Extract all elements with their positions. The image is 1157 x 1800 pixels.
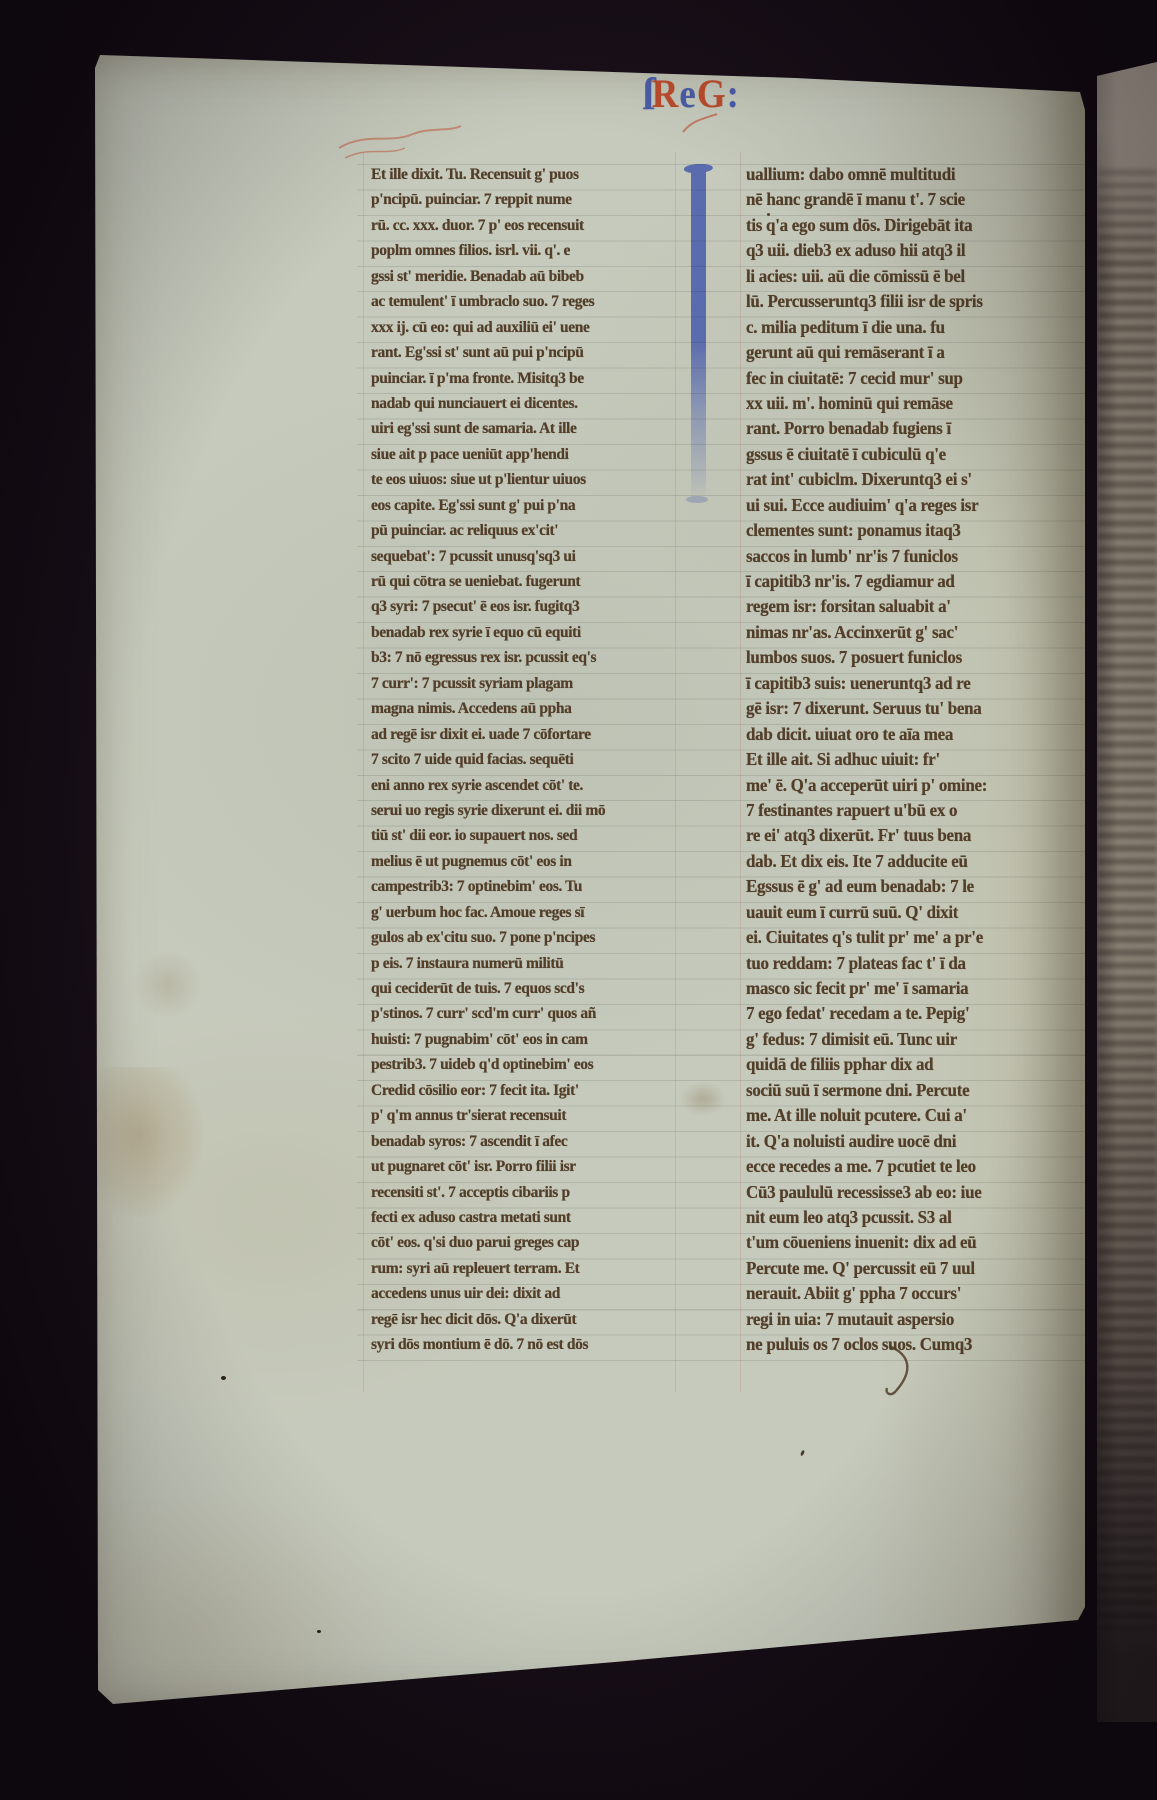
text-line: saccos in lumb' nr'is 7 funiclos bbox=[746, 544, 1072, 569]
text-line: rat int' cubiclm. Dixeruntq3 ei s' bbox=[746, 467, 1072, 492]
text-line: melius ē ut pugnemus cōt' eos in bbox=[371, 849, 662, 874]
text-line: eni anno rex syrie ascendet cōt' te. bbox=[371, 773, 662, 798]
text-line: nerauit. Abiit g' ppha 7 occurs' bbox=[746, 1281, 1072, 1306]
text-line: lumbos suos. 7 posuert funiclos bbox=[746, 645, 1072, 670]
text-line: gssi st' meridie. Benadab aū bibeb bbox=[371, 264, 662, 289]
parchment-page: ſReG: Et ille dixit. Tu. Recensuit g' pu… bbox=[95, 52, 1085, 1712]
text-line: huisti: 7 pugnabim' cōt' eos in cam bbox=[371, 1027, 662, 1052]
ink-speck bbox=[221, 1376, 226, 1380]
text-line: p'ncipū. puinciar. 7 reppit nume bbox=[371, 187, 662, 212]
text-line: gē isr: 7 dixerunt. Seruus tu' bena bbox=[746, 696, 1072, 721]
text-line: rū. cc. xxx. duor. 7 p' eos recensuit bbox=[371, 213, 662, 238]
red-pen-trial-mark bbox=[335, 114, 465, 166]
text-line: siue ait p pace ueniūt app'hendi bbox=[371, 442, 662, 467]
text-line: nē hanc grandē ī manu t'. 7 scie bbox=[746, 187, 1072, 212]
text-line: q3 syri: 7 psecut' ē eos isr. fugitq3 bbox=[371, 594, 662, 619]
text-line: 7 ego fedat' recedam a te. Pepig' bbox=[746, 1001, 1072, 1026]
text-line: clementes sunt: ponamus itaq3 bbox=[746, 518, 1072, 543]
text-line: gerunt aū qui remāserant ī a bbox=[746, 340, 1072, 365]
text-line: nimas nr'as. Accinxerūt g' sac' bbox=[746, 620, 1072, 645]
text-line: tis q'a ego sum dōs. Dirigebāt ita bbox=[746, 213, 1072, 238]
text-line: uiri eg'ssi sunt de samaria. At ille bbox=[371, 416, 662, 441]
text-line: li acies: uii. aū die cōmissū ē bel bbox=[746, 264, 1072, 289]
text-line: masco sic fecit pr' me' ī samaria bbox=[746, 976, 1072, 1001]
text-line: Et ille dixit. Tu. Recensuit g' puos bbox=[371, 162, 662, 187]
text-line: rum: syri aū repleuert terram. Et bbox=[371, 1256, 662, 1281]
text-line: 7 scito 7 uide quid facias. sequēti bbox=[371, 747, 662, 772]
text-line: tiū st' dii eor. io supauert nos. sed bbox=[371, 823, 662, 848]
ruling-vertical bbox=[740, 152, 741, 1392]
text-line: nadab qui nunciauert ei dicentes. bbox=[371, 391, 662, 416]
text-line: eos capite. Eg'ssi sunt g' pui p'na bbox=[371, 493, 662, 518]
text-line: pestrib3. 7 uideb q'd optinebim' eos bbox=[371, 1052, 662, 1077]
text-line: fecti ex aduso castra metati sunt bbox=[371, 1205, 662, 1230]
text-line: sociū suū ī sermone dni. Percute bbox=[746, 1078, 1072, 1103]
text-line: p eis. 7 instaura numerū militū bbox=[371, 951, 662, 976]
text-line: it. Q'a noluisti audire uocē dni bbox=[746, 1129, 1072, 1154]
text-line: syri dōs montium ē dō. 7 nō est dōs bbox=[371, 1332, 662, 1357]
text-line: xx uii. m'. hominū qui remāse bbox=[746, 391, 1072, 416]
text-line: b3: 7 nō egressus rex isr. pcussit eq's bbox=[371, 645, 662, 670]
manuscript-photo: ſReG: Et ille dixit. Tu. Recensuit g' pu… bbox=[0, 0, 1157, 1800]
text-line: ac temulent' ī umbraclo suo. 7 reges bbox=[371, 289, 662, 314]
text-line: Credid cōsilio eor: 7 fecit ita. Igit' bbox=[371, 1078, 662, 1103]
text-line: rant. Porro benadab fugiens ī bbox=[746, 416, 1072, 441]
text-line: gulos ab ex'citu suo. 7 pone p'ncipes bbox=[371, 925, 662, 950]
text-line: ad regē isr dixit ei. uade 7 cōfortare bbox=[371, 722, 662, 747]
text-line: dab dicit. uiuat oro te aīa mea bbox=[746, 722, 1072, 747]
blue-initial-i bbox=[691, 166, 706, 501]
text-line: g' uerbum hoc fac. Amoue reges sī bbox=[371, 900, 662, 925]
text-line: nit eum leo atq3 pcussit. S3 al bbox=[746, 1205, 1072, 1230]
running-header-letter: : bbox=[727, 72, 740, 117]
text-line: ī capitib3 nr'is. 7 egdiamur ad bbox=[746, 569, 1072, 594]
text-line: sequebat': 7 pcussit unusq'sq3 ui bbox=[371, 544, 662, 569]
running-header-letter: R bbox=[652, 72, 680, 117]
text-line: rū qui cōtra se ueniebat. fugerunt bbox=[371, 569, 662, 594]
text-line: puinciar. ī p'ma fronte. Misitq3 be bbox=[371, 366, 662, 391]
text-line: me' ē. Q'a acceperūt uiri p' omine: bbox=[746, 773, 1072, 798]
ink-speck bbox=[767, 213, 770, 216]
text-line: benadab syros: 7 ascendit ī afec bbox=[371, 1129, 662, 1154]
text-line: ut pugnaret cōt' isr. Porro filii isr bbox=[371, 1154, 662, 1179]
text-line: Percute me. Q' percussit eū 7 uul bbox=[746, 1256, 1072, 1281]
text-column-left: Et ille dixit. Tu. Recensuit g' puosp'nc… bbox=[371, 162, 671, 1358]
text-line: uauit eum ī currū suū. Q' dixit bbox=[746, 900, 1072, 925]
text-line: t'um cōueniens inuenit: dix ad eū bbox=[746, 1230, 1072, 1255]
text-line: uallium: dabo omnē multitudi bbox=[746, 162, 1072, 187]
text-line: 7 festinantes rapuert u'bū ex o bbox=[746, 798, 1072, 823]
text-line: ei. Ciuitates q's tulit pr' me' a pr'e bbox=[746, 925, 1072, 950]
text-line: magna nimis. Accedens aū ppha bbox=[371, 696, 662, 721]
text-line: fec in ciuitatē: 7 cecid mur' sup bbox=[746, 366, 1072, 391]
text-line: lū. Percusseruntq3 filii isr de spris bbox=[746, 289, 1072, 314]
text-line: cōt' eos. q'si duo parui greges cap bbox=[371, 1230, 662, 1255]
text-line: serui uo regis syrie dixerunt ei. dii mō bbox=[371, 798, 662, 823]
text-line: Et ille ait. Si adhuc uiuit: fr' bbox=[746, 747, 1072, 772]
text-line: Egssus ē g' ad eum benadab: 7 le bbox=[746, 874, 1072, 899]
text-line: ecce recedes a me. 7 pcutiet te leo bbox=[746, 1154, 1072, 1179]
text-line: regem isr: forsitan saluabit a' bbox=[746, 594, 1072, 619]
text-line: p'stinos. 7 curr' scd'm curr' quos añ bbox=[371, 1001, 662, 1026]
edge-shading bbox=[1097, 62, 1157, 1722]
ink-speck bbox=[317, 1630, 321, 1633]
parchment-stain bbox=[97, 1067, 202, 1217]
text-line: rant. Eg'ssi st' sunt aū pui p'ncipū bbox=[371, 340, 662, 365]
text-line: recensiti st'. 7 acceptis cibariis p bbox=[371, 1180, 662, 1205]
text-line: tuo reddam: 7 plateas fac t' ī da bbox=[746, 951, 1072, 976]
ink-speck bbox=[800, 1450, 805, 1457]
text-line: benadab rex syrie ī equo cū equiti bbox=[371, 620, 662, 645]
text-line: quidā de filiis pphar dix ad bbox=[746, 1052, 1072, 1077]
text-line: regi in uia: 7 mutauit aspersio bbox=[746, 1307, 1072, 1332]
final-descender-flourish bbox=[883, 1344, 917, 1396]
text-line: pū puinciar. ac reliquus ex'cit' bbox=[371, 518, 662, 543]
text-line: gssus ē ciuitatē ī cubiculū q'e bbox=[746, 442, 1072, 467]
text-line: xxx ij. cū eo: qui ad auxiliū ei' uene bbox=[371, 315, 662, 340]
text-line: te eos uiuos: siue ut p'lientur uiuos bbox=[371, 467, 662, 492]
text-line: qui ceciderūt de tuis. 7 equos scd's bbox=[371, 976, 662, 1001]
text-line: regē isr hec dicit dōs. Q'a dixerūt bbox=[371, 1307, 662, 1332]
text-line: accedens unus uir dei: dixit ad bbox=[371, 1281, 662, 1306]
text-line: 7 curr': 7 pcussit syriam plagam bbox=[371, 671, 662, 696]
text-line: ī capitib3 suis: ueneruntq3 ad re bbox=[746, 671, 1072, 696]
text-line: campestrib3: 7 optinebim' eos. Tu bbox=[371, 874, 662, 899]
text-line: q3 uii. dieb3 ex aduso hii atq3 il bbox=[746, 238, 1072, 263]
text-column-right: uallium: dabo omnē multitudinē hanc gran… bbox=[746, 162, 1082, 1358]
ruling-vertical bbox=[675, 152, 676, 1392]
text-line: Cū3 paululū recessisse3 ab eo: iue bbox=[746, 1180, 1072, 1205]
red-header-flourish bbox=[680, 110, 720, 136]
text-line: p' q'm annus tr'sierat recensuit bbox=[371, 1103, 662, 1128]
text-line: g' fedus: 7 dimisit eū. Tunc uir bbox=[746, 1027, 1072, 1052]
ruling-vertical bbox=[363, 152, 364, 1392]
text-line: dab. Et dix eis. Ite 7 adducite eū bbox=[746, 849, 1072, 874]
text-line: re ei' atq3 dixerūt. Fr' tuus bena bbox=[746, 823, 1072, 848]
parchment-stain bbox=[133, 950, 203, 1020]
text-line: poplm omnes filios. isrl. vii. q'. e bbox=[371, 238, 662, 263]
text-line: me. At ille noluit pcutere. Cui a' bbox=[746, 1103, 1072, 1128]
text-line: ui sui. Ecce audiuim' q'a reges isr bbox=[746, 493, 1072, 518]
text-line: c. milia peditum ī die una. fu bbox=[746, 315, 1072, 340]
parchment-stain bbox=[680, 1082, 726, 1116]
facing-page-edge bbox=[1097, 62, 1157, 1722]
